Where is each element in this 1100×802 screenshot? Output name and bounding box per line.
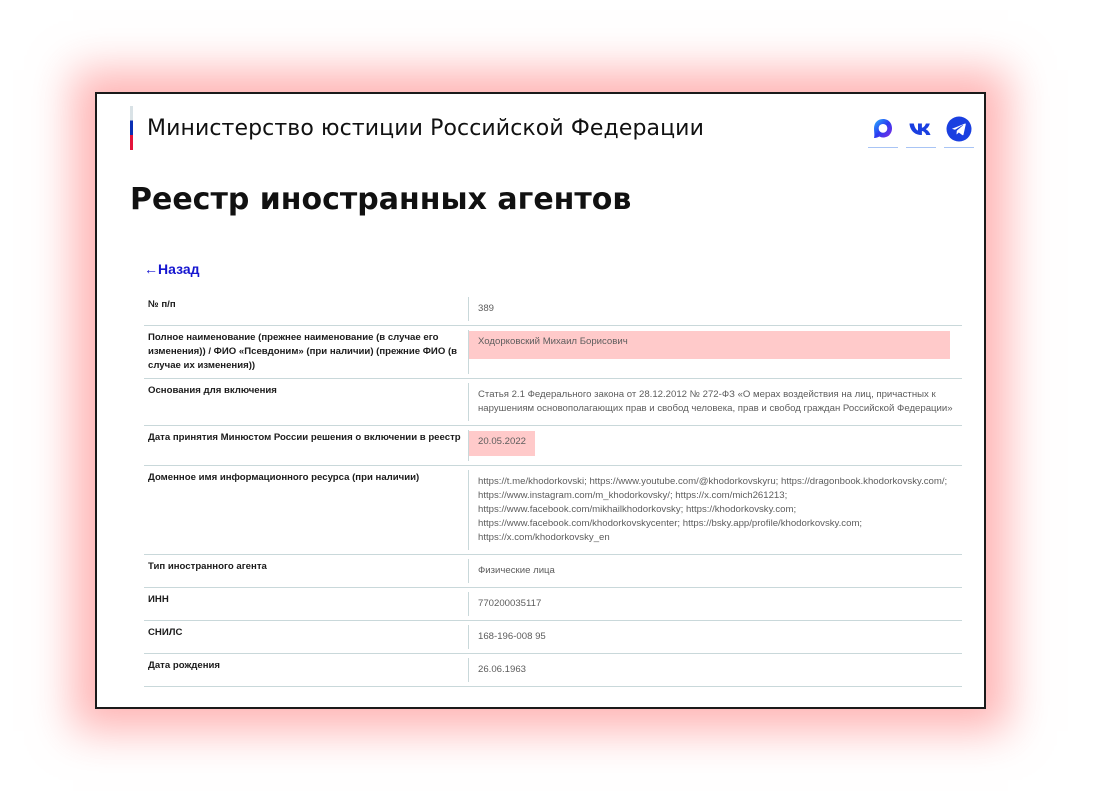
table-row: Полное наименование (прежнее наименовани… xyxy=(144,326,962,379)
row-label: СНИЛС xyxy=(144,621,468,653)
page-title: Реестр иностранных агентов xyxy=(130,182,631,217)
max-messenger-icon xyxy=(870,116,896,142)
row-label: Доменное имя информационного ресурса (пр… xyxy=(144,466,468,554)
ministry-title[interactable]: Министерство юстиции Российской Федераци… xyxy=(147,116,704,141)
social-link-telegram[interactable] xyxy=(944,116,974,148)
site-header: Министерство юстиции Российской Федераци… xyxy=(130,106,974,152)
table-row: ИНН 770200035117 xyxy=(144,588,962,621)
row-value: 20.05.2022 xyxy=(468,430,962,461)
row-label: Тип иностранного агента xyxy=(144,555,468,587)
highlighted-name: Ходорковский Михаил Борисович xyxy=(469,331,950,359)
table-row: Дата рождения 26.06.1963 xyxy=(144,654,962,687)
table-row: СНИЛС 168-196-008 95 xyxy=(144,621,962,654)
row-label: Дата рождения xyxy=(144,654,468,686)
row-value: 26.06.1963 xyxy=(468,658,962,682)
social-link-max[interactable] xyxy=(868,116,898,148)
vk-icon xyxy=(908,116,934,142)
row-value: 389 xyxy=(468,297,962,321)
social-link-vk[interactable] xyxy=(906,116,936,148)
flag-stripe xyxy=(130,106,133,150)
telegram-icon xyxy=(946,116,972,142)
highlighted-date: 20.05.2022 xyxy=(469,431,535,456)
social-links xyxy=(868,116,974,148)
table-row: Тип иностранного агента Физические лица xyxy=(144,555,962,588)
table-row: Дата принятия Минюстом России решения о … xyxy=(144,426,962,466)
table-row: Доменное имя информационного ресурса (пр… xyxy=(144,466,962,555)
row-value: Физические лица xyxy=(468,559,962,583)
row-value: Ходорковский Михаил Борисович xyxy=(468,330,962,374)
row-label: ИНН xyxy=(144,588,468,620)
row-label: № п/п xyxy=(144,293,468,325)
row-value: Статья 2.1 Федерального закона от 28.12.… xyxy=(468,383,962,421)
table-row: Основания для включения Статья 2.1 Федер… xyxy=(144,379,962,426)
row-value: 168-196-008 95 xyxy=(468,625,962,649)
registry-entry-table: № п/п 389 Полное наименование (прежнее н… xyxy=(144,293,962,687)
table-row: № п/п 389 xyxy=(144,293,962,326)
row-value: https://t.me/khodorkovski; https://www.y… xyxy=(468,470,962,550)
back-link[interactable]: ←Назад xyxy=(144,261,200,277)
row-label: Основания для включения xyxy=(144,379,468,425)
row-label: Полное наименование (прежнее наименовани… xyxy=(144,326,468,378)
page-window: Министерство юстиции Российской Федераци… xyxy=(95,92,986,709)
row-label: Дата принятия Минюстом России решения о … xyxy=(144,426,468,465)
row-value: 770200035117 xyxy=(468,592,962,616)
